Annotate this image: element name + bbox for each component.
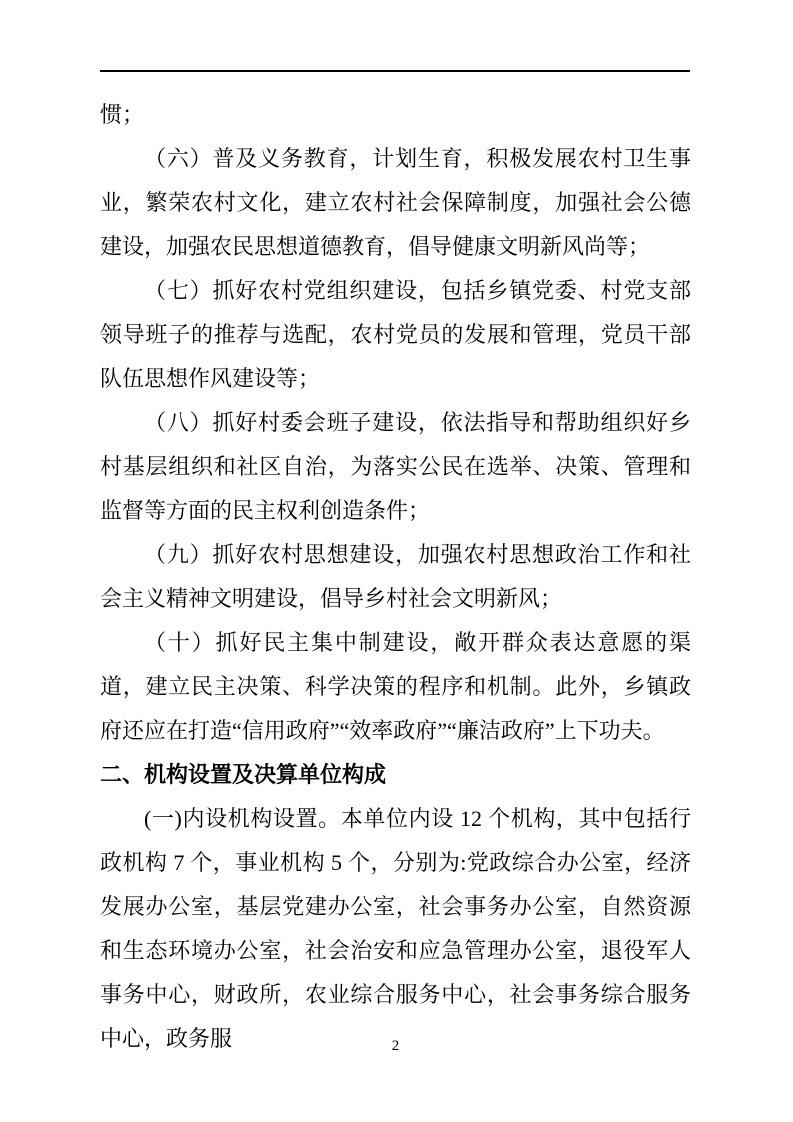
page-number: 2 [100,1036,691,1056]
body-paragraph-item-8: （八）抓好村委会班子建设，依法指导和帮助组织好乡村基层组织和社区自治，为落实公民… [100,401,691,533]
section-heading: 二、机构设置及决算单位构成 [100,753,691,797]
document-page: 惯； （六）普及义务教育，计划生育，积极发展农村卫生事业，繁荣农村文化，建立农村… [0,0,793,1122]
body-paragraph-item-6: （六）普及义务教育，计划生育，积极发展农村卫生事业，繁荣农村文化，建立农村社会保… [100,137,691,269]
body-paragraph-item-10: （十）抓好民主集中制建设，敞开群众表达意愿的渠道，建立民主决策、科学决策的程序和… [100,621,691,753]
body-paragraph-continuation: 惯； [100,93,691,137]
header-rule [100,70,690,72]
body-paragraph-item-7: （七）抓好农村党组织建设，包括乡镇党委、村党支部领导班子的推荐与选配，农村党员的… [100,269,691,401]
body-paragraph-item-9: （九）抓好农村思想建设，加强农村思想政治工作和社会主义精神文明建设，倡导乡村社会… [100,533,691,621]
document-body: 惯； （六）普及义务教育，计划生育，积极发展农村卫生事业，繁荣农村文化，建立农村… [100,93,691,1061]
body-paragraph-item-1: (一)内设机构设置。本单位内设 12 个机构，其中包括行政机构 7 个，事业机构… [100,797,691,1061]
